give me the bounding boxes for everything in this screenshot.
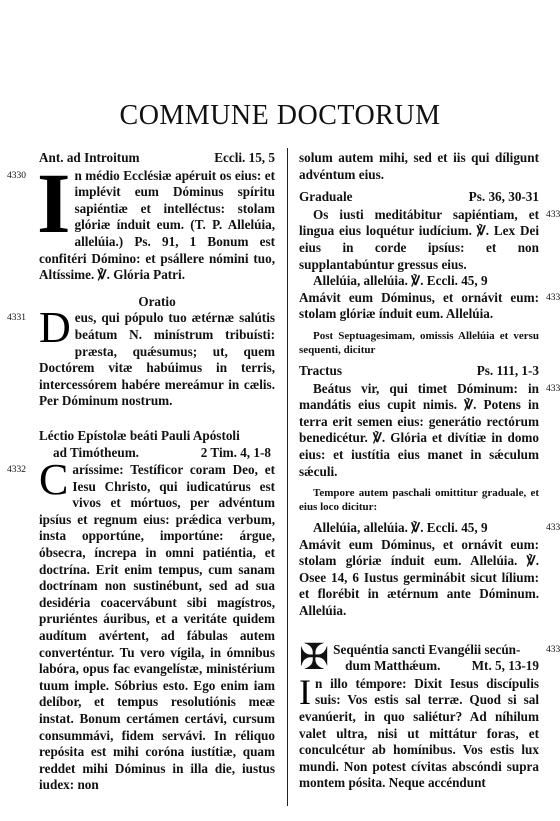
graduale-heading: Graduale bbox=[299, 189, 352, 206]
oratio-heading: Oratio bbox=[39, 294, 275, 311]
evangelium-heading-line1: Sequéntia sancti Evangélii secún- bbox=[299, 642, 539, 659]
evangelium-body: I n illo témpore: Dixit Iesus discípulis… bbox=[299, 676, 539, 792]
paragraph-number: 4335 bbox=[546, 381, 560, 398]
rubric-septuagesima: Post Septuagesimam, omissis Allelúia et … bbox=[299, 329, 539, 357]
drop-cap: C bbox=[39, 463, 68, 497]
graduale-header: Graduale Ps. 36, 30-31 bbox=[299, 189, 539, 206]
introit-body: 4330 I n médio Ecclésiæ apéruit os eius:… bbox=[39, 168, 275, 284]
paragraph-number: 4336 bbox=[546, 520, 560, 537]
graduale-body: 4333 Os iusti meditábitur sapiéntiam, et… bbox=[299, 207, 539, 273]
oratio-body: 4331 D eus, qui pópulo tuo ætérnæ salúti… bbox=[39, 310, 275, 410]
right-column: solum autem mihi, sed et iis qui díligun… bbox=[299, 150, 539, 792]
alleluia-2-verse: Allelúia, allelúia. ℣. Eccli. 45, 9 bbox=[299, 520, 539, 537]
graduale-reference: Ps. 36, 30-31 bbox=[469, 189, 539, 206]
column-divider bbox=[287, 148, 288, 806]
lectio-heading: Léctio Epístolæ beáti Pauli Apóstoli ad … bbox=[39, 428, 275, 461]
oratio-text: eus, qui pópulo tuo ætérnæ salútis beátu… bbox=[39, 310, 275, 410]
tractus-header: Tractus Ps. 111, 1-3 bbox=[299, 363, 539, 380]
rubric-paschal: Tempore autem paschali omittitur gradual… bbox=[299, 486, 539, 514]
alleluia-2-text: Amávit eum Dóminus, et ornávit eum: stol… bbox=[299, 537, 539, 620]
drop-cap: I bbox=[37, 170, 70, 250]
lectio-continued-text: solum autem mihi, sed et iis qui díligun… bbox=[299, 150, 539, 183]
evangelium-reference: Mt. 5, 13-19 bbox=[472, 658, 539, 675]
evangelium-heading-line2: dum Matthǽum. bbox=[345, 658, 440, 675]
paragraph-number: 4330 bbox=[7, 168, 26, 185]
left-column: Ant. ad Introitum Eccli. 15, 5 4330 I n … bbox=[39, 150, 275, 794]
tractus-heading: Tractus bbox=[299, 363, 342, 380]
evangelium-heading: 4337 ✠ Sequéntia sancti Evangélii secún-… bbox=[299, 642, 539, 675]
paragraph-number: 4331 bbox=[7, 310, 26, 327]
introit-reference: Eccli. 15, 5 bbox=[214, 150, 275, 167]
alleluia-2: 4336 Allelúia, allelúia. ℣. Eccli. 45, 9… bbox=[299, 520, 539, 620]
lectio-heading-line1: Léctio Epístolæ beáti Pauli Apóstoli bbox=[39, 428, 275, 445]
page-title: COMMUNE DOCTORUM bbox=[0, 100, 560, 132]
tractus-body: 4335 Beátus vir, qui timet Dóminum: in m… bbox=[299, 381, 539, 481]
lectio-body: 4332 C aríssime: Testíficor coram Deo, e… bbox=[39, 462, 275, 794]
alleluia-1-verse: Allelúia, allelúia. ℣. Eccli. 45, 9 bbox=[299, 273, 539, 290]
tractus-text: Beátus vir, qui timet Dóminum: in mandát… bbox=[299, 381, 539, 481]
evangelium-text: n illo témpore: Dixit Iesus discípulis s… bbox=[299, 676, 539, 792]
graduale-text: Os iusti meditábitur sapiéntiam, et ling… bbox=[299, 207, 539, 273]
tractus-reference: Ps. 111, 1-3 bbox=[477, 363, 539, 380]
paragraph-number: 4334 bbox=[546, 290, 560, 307]
cross-icon: ✠ bbox=[299, 642, 329, 672]
alleluia-1: 4334 Allelúia, allelúia. ℣. Eccli. 45, 9… bbox=[299, 273, 539, 323]
paragraph-number: 4337 bbox=[546, 642, 560, 659]
alleluia-1-text: Amávit eum Dóminus, et ornávit eum: stol… bbox=[299, 290, 539, 323]
lectio-text: aríssime: Testíficor coram Deo, et Iesu … bbox=[39, 462, 275, 794]
paragraph-number: 4333 bbox=[546, 207, 560, 224]
introit-text: n médio Ecclésiæ apéruit os eius: et imp… bbox=[39, 168, 275, 284]
lectio-reference: 2 Tim. 4, 1-8 bbox=[201, 445, 271, 462]
drop-cap: D bbox=[39, 311, 71, 345]
paragraph-number: 4332 bbox=[7, 462, 26, 479]
drop-cap: I bbox=[299, 677, 311, 707]
introit-header: Ant. ad Introitum Eccli. 15, 5 bbox=[39, 150, 275, 167]
